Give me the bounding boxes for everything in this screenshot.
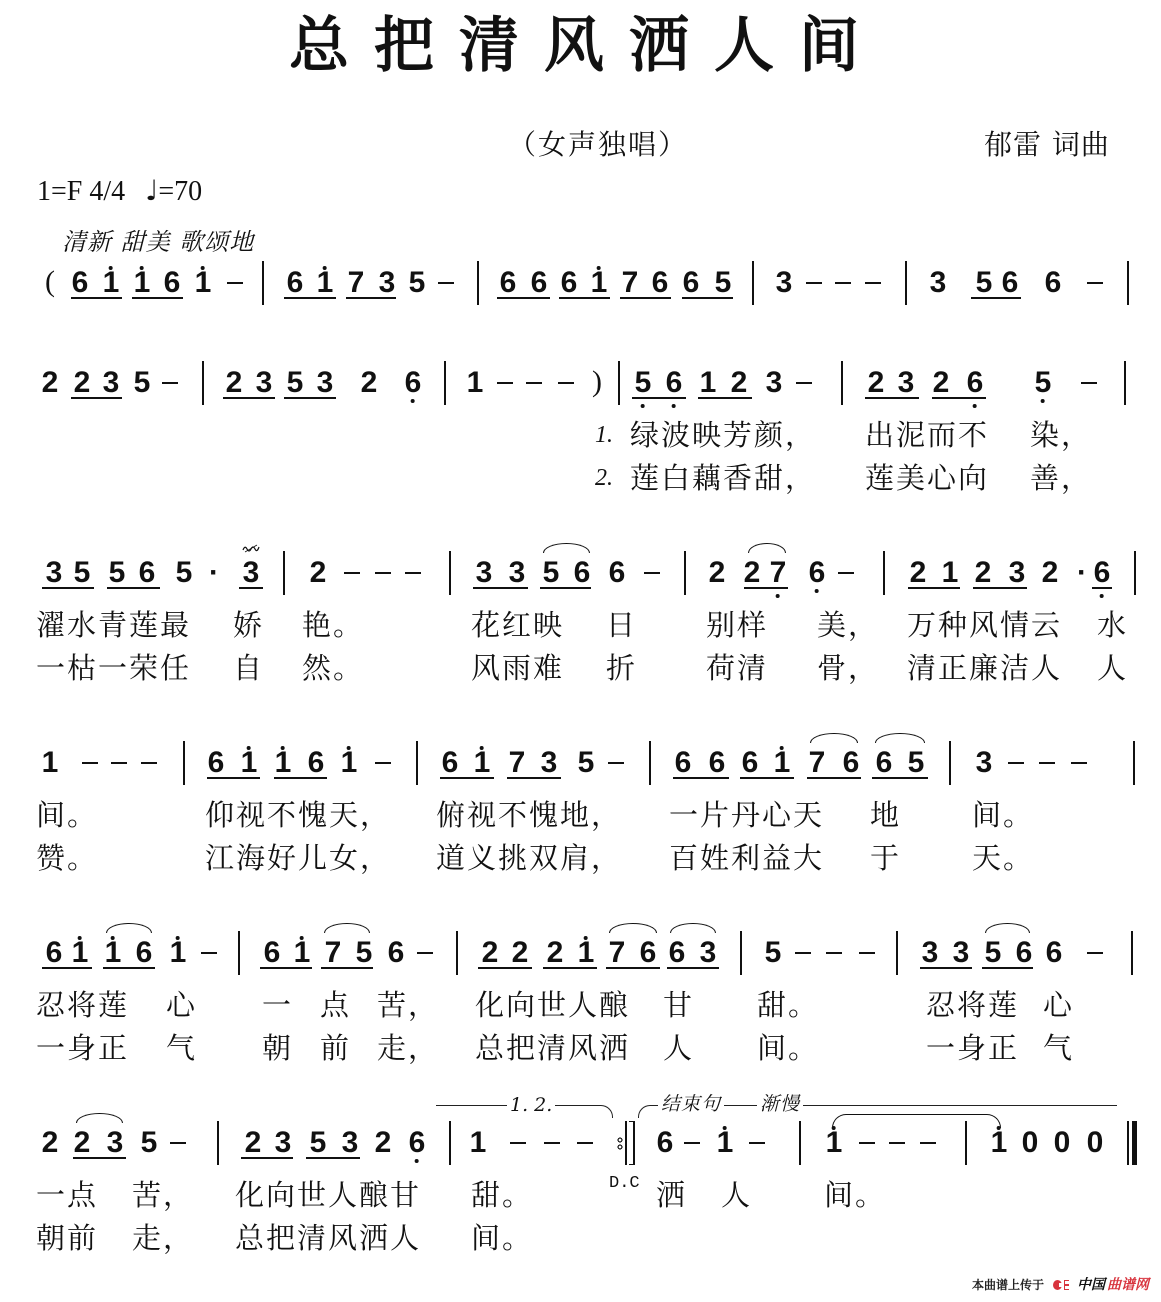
bar-line: | [449, 1121, 451, 1165]
note-3: 3 [776, 265, 793, 301]
tempo-change-label: 渐慢 [757, 1093, 803, 1115]
note-1-high: 1 [717, 1125, 734, 1161]
lyric-verse-2: 江海好儿女， [205, 842, 391, 874]
intro-close-paren: ) [592, 364, 602, 400]
augmentation-dot: · [209, 555, 219, 591]
note-6: 6 [72, 265, 89, 301]
extension-dash: - [230, 265, 240, 301]
note-1-high: 1 [317, 265, 334, 301]
bar-line: | [752, 261, 754, 305]
bar-line: | [799, 1121, 801, 1165]
note-6: 6 [876, 745, 893, 781]
slur-arc [875, 733, 925, 743]
note-6: 6 [843, 745, 860, 781]
extension-dash: - [1074, 745, 1084, 781]
rest: 0 [1087, 1125, 1104, 1161]
note-5: 5 [543, 555, 560, 591]
note-6: 6 [500, 265, 517, 301]
note-6: 6 [709, 745, 726, 781]
note-6: 6 [1045, 265, 1062, 301]
note-6: 6 [683, 265, 700, 301]
note-1-high: 1 [826, 1125, 843, 1161]
lyric-verse-1: 化向世人酿甘 [235, 1179, 421, 1211]
bar-line: | [649, 741, 651, 785]
note-7: 7 [325, 935, 342, 971]
augmentation-dot: · [1077, 555, 1087, 591]
note-5: 5 [985, 935, 1002, 971]
extension-dash: - [838, 265, 848, 301]
lyric-verse-1: 甘 [663, 989, 694, 1021]
note-1: 1 [942, 555, 959, 591]
intro-open-paren: ( [45, 264, 55, 300]
note-1-high: 1 [578, 935, 595, 971]
lyric-verse-2: 自 [233, 652, 264, 684]
note-1-high: 1 [134, 265, 151, 301]
rest: 0 [1054, 1125, 1071, 1161]
bar-line: | [183, 741, 185, 785]
note-3: 3 [953, 935, 970, 971]
extension-dash: - [85, 745, 95, 781]
note-5-low: 5 [1035, 365, 1052, 401]
note-6: 6 [1016, 935, 1033, 971]
extension-dash: - [829, 935, 839, 971]
lyric-verse-1: 娇 [233, 609, 264, 641]
lyric-verse-2: 一身正 [36, 1032, 129, 1064]
slur-arc [76, 1113, 123, 1123]
lyric-verse-2: 前 [320, 1032, 351, 1064]
note-3: 3 [766, 365, 783, 401]
note-3: 3 [922, 935, 939, 971]
note-3: 3 [976, 745, 993, 781]
bar-line: | [896, 931, 898, 975]
bar-line: | [841, 361, 843, 405]
lyric-verse-1: 艳。 [302, 609, 364, 641]
lyric-verse-2: 荷清 [706, 652, 768, 684]
note-6: 6 [136, 935, 153, 971]
note-6: 6 [609, 555, 626, 591]
note-6-low: 6 [967, 365, 984, 401]
note-6: 6 [442, 745, 459, 781]
lyric-verse-1: 绿波映芳颜， [630, 419, 816, 451]
lyric-verse-1: 苦， [132, 1179, 194, 1211]
note-2: 2 [482, 935, 499, 971]
note-3: 3 [342, 1125, 359, 1161]
quarter-note-icon: ♩ [145, 174, 158, 207]
bar-line: | [238, 931, 240, 975]
da-capo-marking: D.C [609, 1174, 640, 1194]
extension-dash: - [1042, 745, 1052, 781]
lyric-verse-2: 气 [166, 1032, 197, 1064]
lyric-verse-1: 苦， [377, 989, 439, 1021]
lyric-verse-2: 气 [1043, 1032, 1074, 1064]
site-logo: 中国 曲谱网 [1053, 1277, 1149, 1293]
note-2: 2 [547, 935, 564, 971]
note-7: 7 [509, 745, 526, 781]
extension-dash: - [1090, 265, 1100, 301]
lyric-verse-2: 朝 [262, 1032, 293, 1064]
lyric-verse-2: 善， [1030, 462, 1092, 494]
lyric-verse-1: 间。 [972, 799, 1034, 831]
lyric-verse-1: 心 [1043, 989, 1074, 1021]
note-3: 3 [1009, 555, 1026, 591]
note-3: 3 [46, 555, 63, 591]
lyric-verse-2: 人 [1097, 652, 1128, 684]
note-1-high: 1 [774, 745, 791, 781]
lyric-verse-2: 间。 [471, 1222, 533, 1254]
lyric-verse-1: 洒 [656, 1179, 687, 1211]
extension-dash: - [809, 265, 819, 301]
extension-dash: - [500, 365, 510, 401]
upload-watermark: 本曲谱上传于 中国 曲谱网 [972, 1277, 1149, 1293]
performance-type: （女声独唱） [508, 128, 688, 162]
uploaded-text: 本曲谱上传于 [972, 1277, 1044, 1293]
note-6: 6 [1002, 265, 1019, 301]
extension-dash: - [347, 555, 357, 591]
bar-line: | [283, 551, 285, 595]
lyric-verse-1: 忍将莲 [36, 989, 129, 1021]
extension-dash: - [547, 1125, 557, 1161]
slur-arc [543, 543, 590, 553]
note-5: 5 [578, 745, 595, 781]
note-7: 7 [348, 265, 365, 301]
extension-dash: - [441, 265, 451, 301]
bar-line: | [449, 551, 451, 595]
extension-dash: - [529, 365, 539, 401]
note-7-low: 7 [770, 555, 787, 591]
note-5: 5 [109, 555, 126, 591]
extension-dash: - [513, 1125, 523, 1161]
extension-dash: - [868, 265, 878, 301]
mordent-icon [242, 540, 260, 549]
note-2: 2 [868, 365, 885, 401]
note-5: 5 [715, 265, 732, 301]
lyric-verse-2: 然。 [302, 652, 364, 684]
note-2: 2 [245, 1125, 262, 1161]
note-5: 5 [74, 555, 91, 591]
slur-arc [985, 923, 1030, 933]
note-6: 6 [640, 935, 657, 971]
note-6: 6 [657, 1125, 674, 1161]
verse-number: 2. [595, 462, 613, 494]
slur-arc [810, 733, 858, 743]
note-6-low: 6 [1094, 555, 1111, 591]
lyric-verse-1: 甜。 [471, 1179, 533, 1211]
lyric-verse-1: 心 [166, 989, 197, 1021]
note-3: 3 [930, 265, 947, 301]
note-1-high: 1 [170, 935, 187, 971]
note-6: 6 [139, 555, 156, 591]
extension-dash: - [378, 745, 388, 781]
note-1-high: 1 [341, 745, 358, 781]
bar-line: | [740, 931, 742, 975]
slur-arc [670, 923, 716, 933]
note-3: 3 [275, 1125, 292, 1161]
key-time-signature: 1=F 4/4 [37, 176, 125, 207]
note-5-low: 5 [635, 365, 652, 401]
note-2: 2 [42, 1125, 59, 1161]
note-6: 6 [675, 745, 692, 781]
note-5: 5 [287, 365, 304, 401]
lyric-verse-1: 出泥而不 [865, 419, 989, 451]
extension-dash: - [611, 745, 621, 781]
note-2: 2 [709, 555, 726, 591]
note-1-high: 1 [195, 265, 212, 301]
note-2: 2 [512, 935, 529, 971]
extension-dash: - [647, 555, 657, 591]
slur-arc [106, 923, 152, 933]
lyric-verse-1: 万种风情云 [907, 609, 1062, 641]
lyric-verse-2: 赞。 [36, 842, 98, 874]
note-5: 5 [976, 265, 993, 301]
extension-dash: - [204, 935, 214, 971]
lyric-verse-1: 间。 [36, 799, 98, 831]
extension-dash: - [923, 1125, 933, 1161]
note-3: 3 [509, 555, 526, 591]
lyric-verse-2: 于 [870, 842, 901, 874]
note-6: 6 [164, 265, 181, 301]
note-5: 5 [310, 1125, 327, 1161]
note-2: 2 [910, 555, 927, 591]
extension-dash: - [841, 555, 851, 591]
bar-line: | [1124, 361, 1126, 405]
lyric-verse-2: 清正廉洁人 [907, 652, 1062, 684]
rest: 0 [1022, 1125, 1039, 1161]
note-3: 3 [317, 365, 334, 401]
lyric-verse-2: 走， [377, 1032, 439, 1064]
extension-dash: - [892, 1125, 902, 1161]
lyric-verse-2: 风雨难 [471, 652, 564, 684]
lyric-verse-2: 走， [132, 1222, 194, 1254]
note-5: 5 [908, 745, 925, 781]
lyric-verse-1: 人 [721, 1179, 752, 1211]
lyric-verse-2: 百姓利益大 [669, 842, 824, 874]
lyric-verse-1: 间。 [824, 1179, 886, 1211]
composer-credits: 郁雷 词曲 [984, 128, 1110, 162]
note-5: 5 [409, 265, 426, 301]
note-6: 6 [388, 935, 405, 971]
bar-line: | [965, 1121, 967, 1165]
note-5: 5 [141, 1125, 158, 1161]
lyric-verse-2: 一身正 [926, 1032, 1019, 1064]
note-6: 6 [287, 265, 304, 301]
lyric-verse-1: 仰视不愧天， [205, 799, 391, 831]
bar-line: | [1134, 551, 1136, 595]
lyric-verse-2: 骨， [817, 652, 879, 684]
note-6: 6 [208, 745, 225, 781]
note-3: 3 [243, 555, 260, 591]
note-1: 1 [42, 745, 59, 781]
note-6-low: 6 [409, 1125, 426, 1161]
note-2: 2 [375, 1125, 392, 1161]
note-7: 7 [609, 935, 626, 971]
note-6: 6 [574, 555, 591, 591]
note-6-low: 6 [405, 365, 422, 401]
note-5: 5 [765, 935, 782, 971]
note-6-low: 6 [809, 555, 826, 591]
note-1: 1 [700, 365, 717, 401]
note-2: 2 [42, 365, 59, 401]
note-3: 3 [541, 745, 558, 781]
note-1-high: 1 [474, 745, 491, 781]
extension-dash: - [561, 365, 571, 401]
extension-dash: - [378, 555, 388, 591]
bar-line: | [1133, 741, 1135, 785]
note-2: 2 [1042, 555, 1059, 591]
extension-dash: - [752, 1125, 762, 1161]
extension-dash: - [1011, 745, 1021, 781]
note-6: 6 [308, 745, 325, 781]
bar-line: | [618, 361, 620, 405]
lyric-verse-1: 美， [817, 609, 879, 641]
bar-line: | [684, 551, 686, 595]
lyric-verse-2: 莲白藕香甜， [630, 462, 816, 494]
lyric-verse-1: 忍将莲 [926, 989, 1019, 1021]
lyric-verse-2: 朝前 [36, 1222, 98, 1254]
lyric-verse-1: 地 [870, 799, 901, 831]
note-1-high: 1 [275, 745, 292, 781]
extension-dash: - [862, 935, 872, 971]
lyric-verse-1: 化向世人酿 [475, 989, 630, 1021]
logo-c-icon [1053, 1280, 1062, 1290]
bar-line: | [883, 551, 885, 595]
note-2: 2 [74, 365, 91, 401]
note-3: 3 [256, 365, 273, 401]
bar-line: | [949, 741, 951, 785]
logo-text-qupuwang: 曲谱网 [1107, 1277, 1149, 1293]
note-2: 2 [975, 555, 992, 591]
note-6-low: 6 [666, 365, 683, 401]
note-3: 3 [107, 1125, 124, 1161]
coda-label: 结束句 [658, 1093, 724, 1115]
lyric-verse-1: 俯视不愧地， [436, 799, 622, 831]
extension-dash: - [862, 1125, 872, 1161]
lyric-verse-1: 一片丹心天 [669, 799, 824, 831]
bar-line: | [905, 261, 907, 305]
note-3: 3 [700, 935, 717, 971]
lyric-verse-2: 天。 [972, 842, 1034, 874]
bar-line: | [456, 931, 458, 975]
note-2: 2 [226, 365, 243, 401]
note-6: 6 [669, 935, 686, 971]
note-1-high: 1 [103, 265, 120, 301]
note-1-high: 1 [241, 745, 258, 781]
lyric-verse-1: 染， [1030, 419, 1092, 451]
lyric-verse-2: 间。 [757, 1032, 819, 1064]
lyric-verse-2: 人 [663, 1032, 694, 1064]
extension-dash: - [798, 935, 808, 971]
extension-dash: - [144, 745, 154, 781]
note-5: 5 [134, 365, 151, 401]
note-3: 3 [898, 365, 915, 401]
note-1-high: 1 [72, 935, 89, 971]
extension-dash: - [420, 935, 430, 971]
bar-line: | [477, 261, 479, 305]
song-title: 总把清风洒人间 [289, 10, 884, 82]
extension-dash: - [1090, 935, 1100, 971]
note-6: 6 [531, 265, 548, 301]
lyric-verse-1: 点 [320, 989, 351, 1021]
lyric-verse-1: 濯水青莲最 [36, 609, 191, 641]
note-1-high: 1 [591, 265, 608, 301]
lyric-verse-2: 道义挑双肩， [436, 842, 622, 874]
note-6: 6 [264, 935, 281, 971]
verse-number: 1. [595, 419, 613, 451]
lyric-verse-2: 总把清风洒人 [235, 1222, 421, 1254]
note-1: 1 [470, 1125, 487, 1161]
final-barline: || [1127, 1121, 1138, 1165]
note-3: 3 [476, 555, 493, 591]
slur-arc [324, 923, 370, 933]
slur-arc [609, 923, 657, 933]
note-3: 3 [379, 265, 396, 301]
note-2: 2 [744, 555, 761, 591]
note-6: 6 [742, 745, 759, 781]
bar-line: | [1127, 261, 1129, 305]
note-1-high: 1 [991, 1125, 1008, 1161]
bar-line: | [444, 361, 446, 405]
note-2: 2 [731, 365, 748, 401]
extension-dash: - [1084, 365, 1094, 401]
expression-marking: 清新 甜美 歌颂地 [62, 227, 254, 257]
bar-line: | [217, 1121, 219, 1165]
extension-dash: - [799, 365, 809, 401]
extension-dash: - [408, 555, 418, 591]
lyric-verse-1: 一 [262, 989, 293, 1021]
note-2: 2 [310, 555, 327, 591]
key-time-tempo: 1=F 4/4♩=70 [37, 174, 202, 209]
note-5: 5 [356, 935, 373, 971]
volta-label: 1. 2. [507, 1094, 555, 1116]
lyric-verse-1: 甜。 [757, 989, 819, 1021]
note-2: 2 [361, 365, 378, 401]
extension-dash: - [580, 1125, 590, 1161]
lyric-verse-2: 一枯一荣任 [36, 652, 191, 684]
bar-line: | [1131, 931, 1133, 975]
note-6: 6 [1046, 935, 1063, 971]
extension-dash: - [173, 1125, 183, 1161]
note-2: 2 [933, 365, 950, 401]
lyric-verse-1: 水 [1097, 609, 1128, 641]
note-7: 7 [622, 265, 639, 301]
extension-dash: - [165, 365, 175, 401]
repeat-end-barline: :| [616, 1121, 638, 1165]
lyric-verse-1: 日 [606, 609, 637, 641]
note-6: 6 [46, 935, 63, 971]
note-3: 3 [103, 365, 120, 401]
lyric-verse-1: 别样 [706, 609, 768, 641]
bar-line: | [262, 261, 264, 305]
bar-line: | [416, 741, 418, 785]
logo-text-zhongguo: 中国 [1077, 1277, 1105, 1293]
lyric-verse-2: 折 [606, 652, 637, 684]
note-1: 1 [467, 365, 484, 401]
note-5: 5 [176, 555, 193, 591]
lyric-verse-2: 莲美心向 [865, 462, 989, 494]
note-7: 7 [809, 745, 826, 781]
lyric-verse-1: 一点 [36, 1179, 98, 1211]
note-1-high: 1 [294, 935, 311, 971]
extension-dash: - [114, 745, 124, 781]
lyric-verse-1: 花红映 [471, 609, 564, 641]
note-2: 2 [74, 1125, 91, 1161]
bar-line: | [202, 361, 204, 405]
extension-dash: - [687, 1125, 697, 1161]
tempo-bpm: =70 [158, 176, 202, 207]
slur-arc [748, 543, 786, 553]
note-1-high: 1 [105, 935, 122, 971]
note-6: 6 [652, 265, 669, 301]
note-6: 6 [561, 265, 578, 301]
